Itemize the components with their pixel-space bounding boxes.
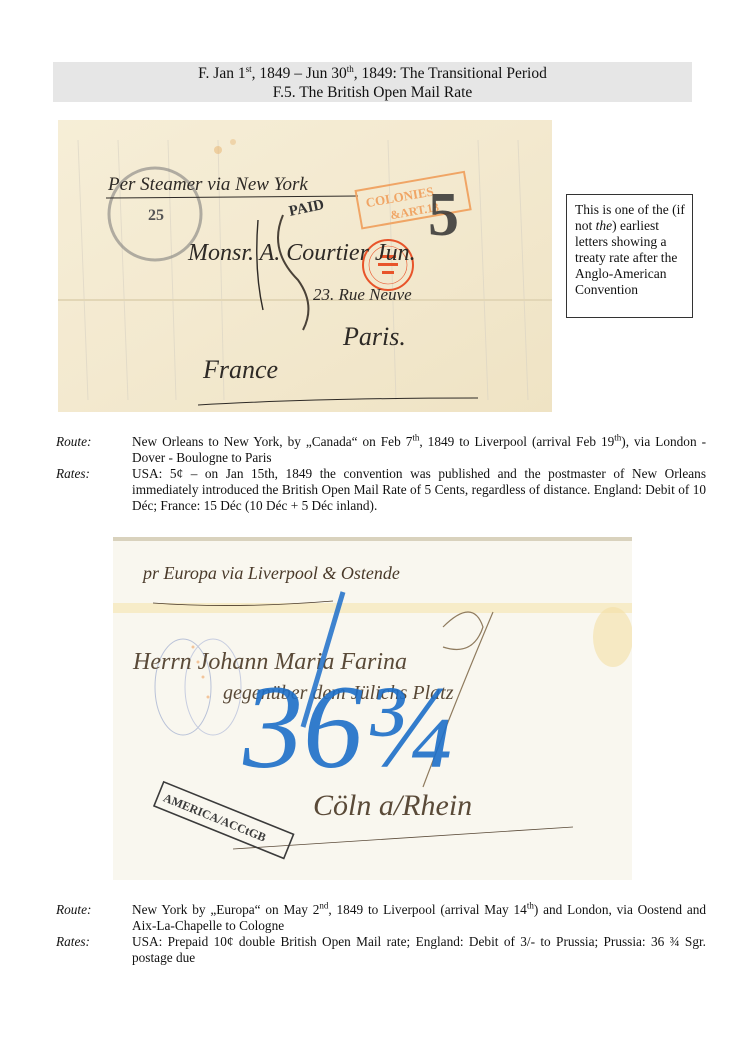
route-sup: th xyxy=(527,901,534,911)
annotation-note: This is one of the (if not the) earliest… xyxy=(566,194,693,318)
routing-inscription: Per Steamer via New York xyxy=(107,174,308,195)
letter-cover-paris: 25 Per Steamer via New York PAID COLONIE… xyxy=(58,120,552,412)
title-part: F. Jan 1 xyxy=(198,65,245,82)
city-inscription: Cöln a/Rhein xyxy=(313,789,472,822)
title-part: , 1849 – Jun 30 xyxy=(252,65,347,82)
rates-label: Rates: xyxy=(56,934,132,966)
addressee-line2: 23. Rue Neuve xyxy=(313,285,412,304)
rates-text: USA: 5¢ – on Jan 15th, 1849 the conventi… xyxy=(132,466,706,514)
letter-cover-paris-image: 25 Per Steamer via New York PAID COLONIE… xyxy=(58,120,552,412)
note-emphasis: the xyxy=(596,218,613,233)
description-letter2: Route: New York by „Europa“ on May 2nd, … xyxy=(56,902,706,966)
letter-cover-cologne: pr Europa via Liverpool & Ostende Herrn … xyxy=(113,537,632,880)
route-text: New Orleans to New York, by „Canada“ on … xyxy=(132,434,706,466)
rates-text: USA: Prepaid 10¢ double British Open Mai… xyxy=(132,934,706,966)
route-text: New York by „Europa“ on May 2nd, 1849 to… xyxy=(132,902,706,934)
page-header: F. Jan 1st, 1849 – Jun 30th, 1849: The T… xyxy=(53,62,692,102)
title-sup: th xyxy=(347,64,354,74)
blue-rate-mark: 36¾ xyxy=(242,660,453,793)
subsection-title: F.5. The British Open Mail Rate xyxy=(53,83,692,102)
rates-label: Rates: xyxy=(56,466,132,514)
description-letter1: Route: New Orleans to New York, by „Cana… xyxy=(56,434,706,514)
route-part: New York by „Europa“ on May 2 xyxy=(132,902,319,917)
country-inscription: France xyxy=(202,355,278,384)
route-part: , 1849 to Liverpool (arrival Feb 19 xyxy=(419,434,614,449)
route-label: Route: xyxy=(56,902,132,934)
route-part: , 1849 to Liverpool (arrival May 14 xyxy=(328,902,526,917)
title-part: , 1849: The Transitional Period xyxy=(354,65,547,82)
rate-mark-5: 5 xyxy=(428,181,459,249)
letter-cover-cologne-image: pr Europa via Liverpool & Ostende Herrn … xyxy=(113,537,632,880)
city-inscription: Paris. xyxy=(342,322,406,351)
route-part: New Orleans to New York, by „Canada“ on … xyxy=(132,434,412,449)
addressee-line1: Monsr. A. Courtier Jun. xyxy=(187,240,416,266)
routing-inscription: pr Europa via Liverpool & Ostende xyxy=(141,563,400,583)
route-label: Route: xyxy=(56,434,132,466)
postmark-day: 25 xyxy=(148,207,164,224)
section-title: F. Jan 1st, 1849 – Jun 30th, 1849: The T… xyxy=(53,62,692,83)
